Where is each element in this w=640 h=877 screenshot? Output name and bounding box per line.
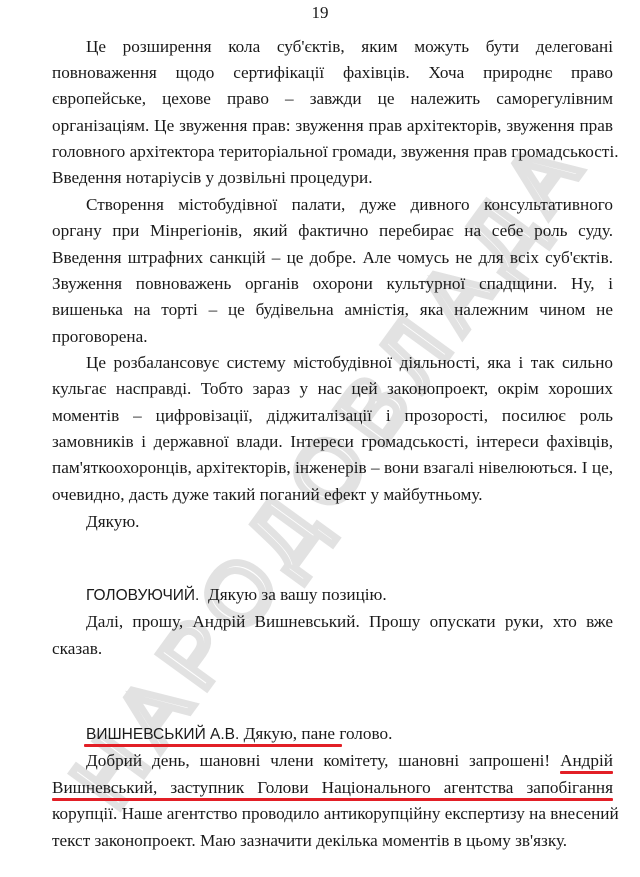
text-line: Звуження повноважень органів охорони кул… [52, 273, 613, 295]
text-line: Це розбалансовує систему містобудівної д… [86, 352, 613, 374]
page-content: 19 Це розширення кола суб'єктів, яким мо… [0, 0, 640, 877]
text-line: текст законопроект. Маю зазначити декіль… [52, 830, 613, 852]
text-line: корупції. Наше агентство проводило антик… [52, 803, 613, 825]
text-line: Це розширення кола суб'єктів, яким можут… [86, 36, 613, 58]
speaker-name-vyshnevskyi: ВИШНЕВСЬКИЙ А.В. [86, 726, 239, 743]
text-line: пам'яткоохоронців, архітекторів, інженер… [52, 457, 613, 479]
thanks-line: Дякую. [86, 511, 613, 533]
red-underline [560, 771, 613, 774]
text-line: Далі, прошу, Андрій Вишневський. Прошу о… [86, 611, 613, 633]
chair-remark-text: Дякую за вашу позицію. [208, 585, 387, 604]
speaker-remark-heading: ВИШНЕВСЬКИЙ А.В. Дякую, пане голово. [86, 723, 613, 745]
text-line: європейське, цехове право – завжди це на… [52, 88, 613, 110]
text-line: сказав. [52, 638, 613, 660]
text-line: головного архітектора територіальної гро… [52, 141, 613, 163]
text-line: вишенька на торті – це будівельна амніст… [52, 299, 613, 321]
text-line: Введення нотаріусів у дозвільні процедур… [52, 167, 613, 189]
text-line: Створення містобудівної палати, дуже див… [86, 194, 613, 216]
text-line: очевидно, дасть дуже такий поганий ефект… [52, 484, 613, 506]
text-line: моментів – цифровізації, діджиталізації … [52, 405, 613, 427]
text-line: Введення штрафних санкцій – це добре. Ал… [52, 247, 613, 269]
speaker-remark-text: Дякую, пане голово. [244, 724, 393, 743]
red-underline [84, 744, 342, 747]
page-number: 19 [0, 3, 640, 23]
text-line: органу при Мінрегіонів, який фактично пе… [52, 220, 613, 242]
speaker-name-chair: ГОЛОВУЮЧИЙ. [86, 587, 199, 604]
text-line: Вишневський, заступник Голови Національн… [52, 777, 613, 799]
text-line: проговорена. [52, 326, 613, 348]
chair-remark: ГОЛОВУЮЧИЙ. Дякую за вашу позицію. [86, 584, 613, 606]
text-line: повноваження щодо сертифікації фахівців.… [52, 62, 613, 84]
text-line: організаціям. Це звуження прав: звуження… [52, 115, 613, 137]
text-line: кульгає насправді. Тобто зараз у нас цей… [52, 378, 613, 400]
document-page: НАРОДОВЛАДА 19 Це розширення кола суб'єк… [0, 0, 640, 877]
red-underline [52, 798, 613, 801]
text-line: Добрий день, шановні члени комітету, шан… [86, 750, 613, 772]
text-line: замовників і державної влади. Інтереси г… [52, 431, 613, 453]
